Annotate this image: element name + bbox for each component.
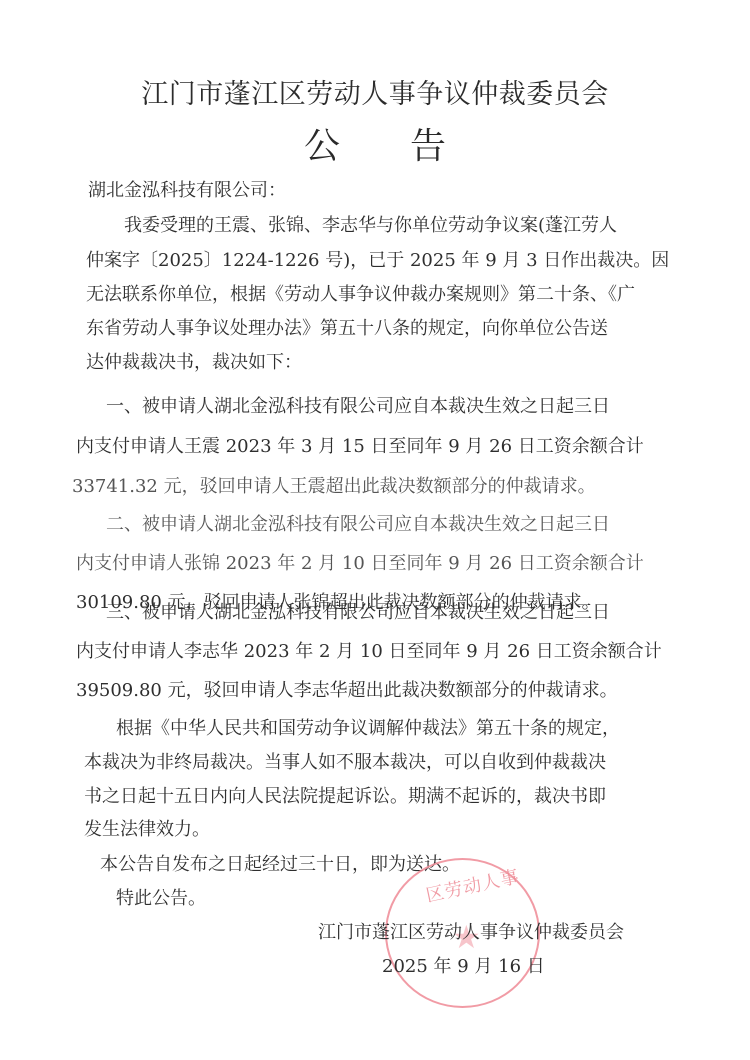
ruling-line: 内支付申请人王震 2023 年 3 月 15 日至同年 9 月 26 日工资余额… [76, 432, 644, 458]
ruling-line: 39509.80 元，驳回申请人李志华超出此裁决数额部分的仲裁请求。 [76, 676, 618, 702]
ruling-line: 三、被申请人湖北金泓科技有限公司应自本裁决生效之日起三日 [106, 598, 610, 624]
intro-line: 仲案字〔2025〕1224-1226 号)，已于 2025 年 9 月 3 日作… [86, 246, 669, 272]
ruling-line: 33741.32 元，驳回申请人王震超出此裁决数额部分的仲裁请求。 [72, 472, 596, 498]
document-title: 公告 [0, 118, 750, 169]
legal-line: 本裁决为非终局裁决。当事人如不服本裁决，可以自收到仲裁裁决 [84, 748, 606, 774]
ruling-line: 二、被申请人湖北金泓科技有限公司应自本裁决生效之日起三日 [106, 510, 610, 536]
intro-line: 达仲裁裁决书，裁决如下： [86, 348, 302, 374]
ruling-line: 内支付申请人李志华 2023 年 2 月 10 日至同年 9 月 26 日工资余… [76, 637, 662, 663]
ruling-line: 内支付申请人张锦 2023 年 2 月 10 日至同年 9 月 26 日工资余额… [76, 549, 644, 575]
intro-line: 我委受理的王震、张锦、李志华与你单位劳动争议案(蓬江劳人 [124, 211, 617, 237]
signature-organization: 江门市蓬江区劳动人事争议仲裁委员会 [318, 918, 624, 944]
ruling-line: 一、被申请人湖北金泓科技有限公司应自本裁决生效之日起三日 [106, 392, 610, 418]
legal-line: 书之日起十五日内向人民法院提起诉讼。期满不起诉的，裁决书即 [84, 782, 606, 808]
legal-line: 发生法律效力。 [84, 815, 210, 841]
service-note: 本公告自发布之日起经过三十日，即为送达。 [100, 850, 460, 876]
legal-line: 根据《中华人民共和国劳动争议调解仲裁法》第五十条的规定， [116, 714, 620, 740]
intro-line: 东省劳动人事争议处理办法》第五十八条的规定，向你单位公告送 [86, 314, 608, 340]
issuing-organization-title: 江门市蓬江区劳动人事争议仲裁委员会 [0, 72, 750, 111]
closing-remark: 特此公告。 [116, 884, 206, 910]
signature-date: 2025 年 9 月 16 日 [382, 952, 545, 978]
notice-document: 江门市蓬江区劳动人事争议仲裁委员会 公告 湖北金泓科技有限公司： 我委受理的王震… [0, 0, 750, 1060]
addressee: 湖北金泓科技有限公司： [88, 176, 286, 202]
intro-line: 无法联系你单位，根据《劳动人事争议仲裁办案规则》第二十条、《广 [86, 280, 635, 306]
